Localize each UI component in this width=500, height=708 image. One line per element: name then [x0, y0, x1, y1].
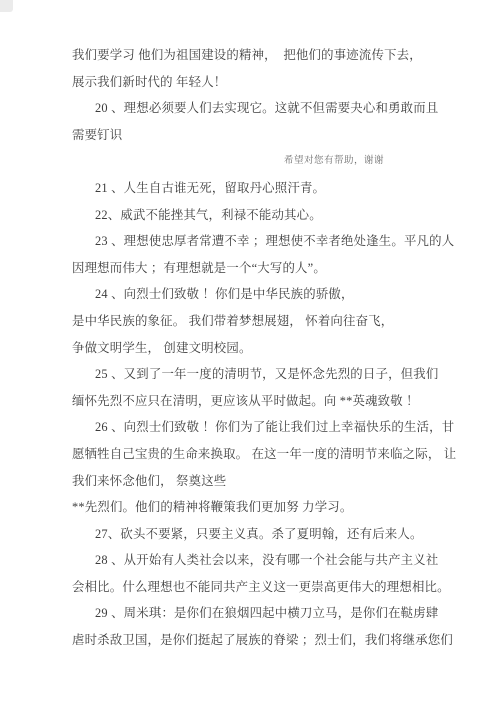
text-line: 需要钉识 — [72, 122, 430, 149]
text-line: 展示我们新时代的 年轻人！ — [72, 69, 430, 96]
document-page: { "page": { "background": "#ffffff", "te… — [0, 0, 500, 708]
text-line: **先烈们。他们的精神将鞭策我们更加努 力学习。 — [72, 494, 430, 521]
document-body: 我们要学习 他们为祖国建设的精神， 把他们的事迹流传下去， 展示我们新时代的 年… — [0, 42, 500, 654]
text-line: 29 、周米琪：是你们在狼烟四起中横刀立马，是你们在鞑虏肆 — [72, 600, 430, 627]
text-line: 争做文明学生， 创建文明校园。 — [72, 335, 430, 362]
text-line: 27、砍头不要紧，只要主义真。杀了夏明翰，还有后来人。 — [72, 521, 430, 548]
text-line: 会相比。什么理想也不能同共产主义这一更崇高更伟大的理想相比。 — [72, 574, 430, 601]
text-line: 20 、理想必须要人们去实现它。这就不但需要夬心和勇敢而且 — [72, 95, 430, 122]
text-line: 21 、人生自古谁无死，留取丹心照汗青。 — [72, 175, 430, 202]
text-line: 因理想而伟大 ；有理想就是一个“大写的人”。 — [72, 255, 430, 282]
text-line: 我们要学习 他们为祖国建设的精神， 把他们的事迹流传下去， — [72, 42, 430, 69]
text-line: 虐时杀敌卫国，是你们挺起了展族的脊梁 ；烈士们，我们将继承您们 — [72, 627, 430, 654]
text-line: 26 、向烈士们致敬 ！你们为了能让我们过上幸福快乐的生活，甘 — [72, 414, 430, 441]
text-line: 23 、理想使忠厚者常遭不幸 ；理想使不幸者绝处逢生。平凡的人 — [72, 228, 430, 255]
helper-note: 希望对您有帮助，谢谢 — [72, 148, 430, 175]
text-line: 是中华民族的象征。 我们带着梦想展翅， 怀着向往奋飞， — [72, 308, 430, 335]
text-line: 22、威武不能挫其气，利禄不能动其心。 — [72, 202, 430, 229]
text-line: 25 、又到了一年一度的清明节，又是怀念先烈的日子，但我们 — [72, 361, 430, 388]
text-line: 愿牺牲自己宝贵的生命来换取。 在这一年一度的清明节来临之际， 让 — [72, 441, 430, 468]
text-line: 24 、向烈士们致敬 ！你们是中华民族的骄傲， — [72, 281, 430, 308]
text-line: 28 、从开始有人类社会以来，没有哪一个社会能与共产主义社 — [72, 547, 430, 574]
scan-artifact — [0, 0, 13, 12]
text-line: 缅怀先烈不应只在清明，更应该从平时做起。向 **英魂致敬 ！ — [72, 388, 430, 415]
text-line: 我们来怀念他们， 祭奠这些 — [72, 468, 430, 495]
